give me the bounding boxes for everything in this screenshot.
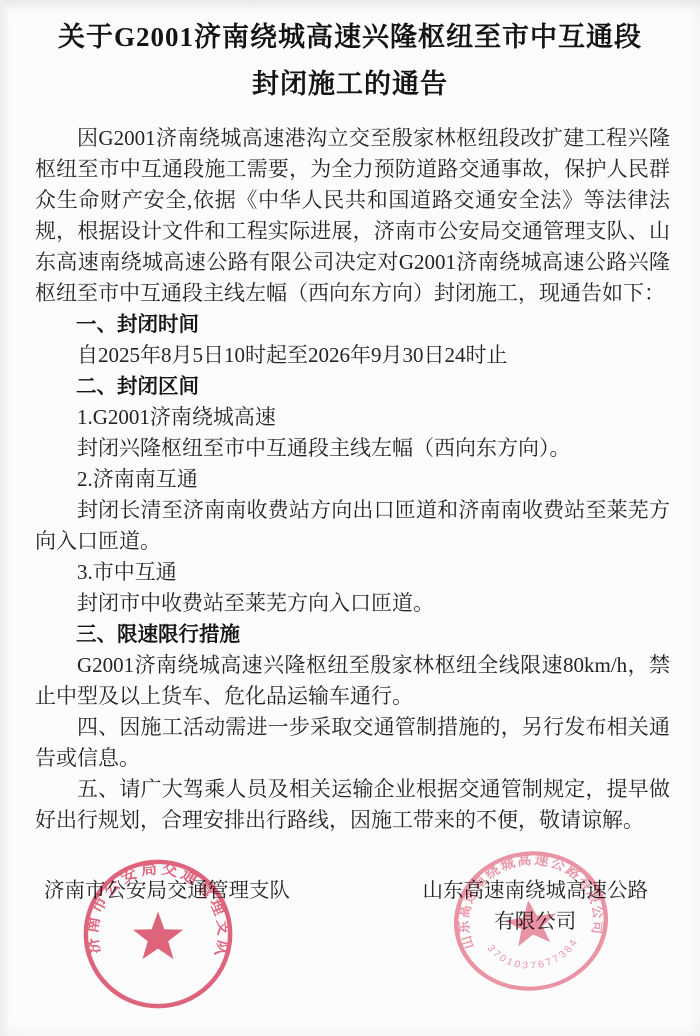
signature-company: 山东高速南绕城高速公路 有限公司	[423, 876, 649, 938]
document-title-line2: 封闭施工的通告	[0, 61, 700, 108]
section3-heading: 三、限速限行措施	[35, 619, 670, 650]
signature-row: 济南市公安局交通管理支队 山东高速南绕城高速公路 有限公司	[44, 876, 648, 938]
signature-company-line1: 山东高速南绕城高速公路	[423, 876, 649, 907]
section2-item1-text: 封闭兴隆枢纽至市中互通段主线左幅（西向东方向）。	[35, 433, 670, 464]
section1-text: 自2025年8月5日10时起至2026年9月30日24时止	[35, 340, 670, 371]
section2-item2-text: 封闭长清至济南南收费站方向出口匝道和济南南收费站至莱芜方向入口匝道。	[35, 495, 670, 557]
section3-text: G2001济南绕城高速兴隆枢纽至殷家林枢纽全线限速80km/h，禁止中型及以上货…	[35, 650, 670, 712]
company-seal-number: 3701037677384	[484, 931, 585, 978]
section2-item1-title: 1.G2001济南绕城高速	[35, 402, 670, 433]
section2-item3-text: 封闭市中收费站至莱芜方向入口匝道。	[35, 588, 670, 619]
svg-text:3701037677384: 3701037677384	[484, 931, 585, 978]
section2-item3-title: 3.市中互通	[35, 557, 670, 588]
intro-paragraph: 因G2001济南绕城高速港沟立交至殷家林枢纽段改扩建工程兴隆枢纽至市中互通段施工…	[35, 123, 670, 309]
section2-heading: 二、封闭区间	[35, 371, 670, 402]
section1-heading: 一、封闭时间	[35, 309, 670, 340]
document-body: 因G2001济南绕城高速港沟立交至殷家林枢纽段改扩建工程兴隆枢纽至市中互通段施工…	[35, 123, 670, 836]
signature-police: 济南市公安局交通管理支队	[44, 876, 290, 907]
signature-company-line2: 有限公司	[423, 907, 649, 938]
paragraph-5: 五、请广大驾乘人员及相关运输企业根据交通管制规定，提早做好出行规划，合理安排出行…	[35, 774, 670, 836]
section2-item2-title: 2.济南南互通	[35, 464, 670, 495]
paragraph-4: 四、因施工活动需进一步采取交通管制措施的，另行发布相关通告或信息。	[35, 712, 670, 774]
document-title-line1: 关于G2001济南绕城高速兴隆枢纽至市中互通段	[0, 14, 700, 61]
document-title: 关于G2001济南绕城高速兴隆枢纽至市中互通段 封闭施工的通告	[0, 0, 700, 108]
notice-document: 关于G2001济南绕城高速兴隆枢纽至市中互通段 封闭施工的通告 因G2001济南…	[0, 0, 700, 1036]
